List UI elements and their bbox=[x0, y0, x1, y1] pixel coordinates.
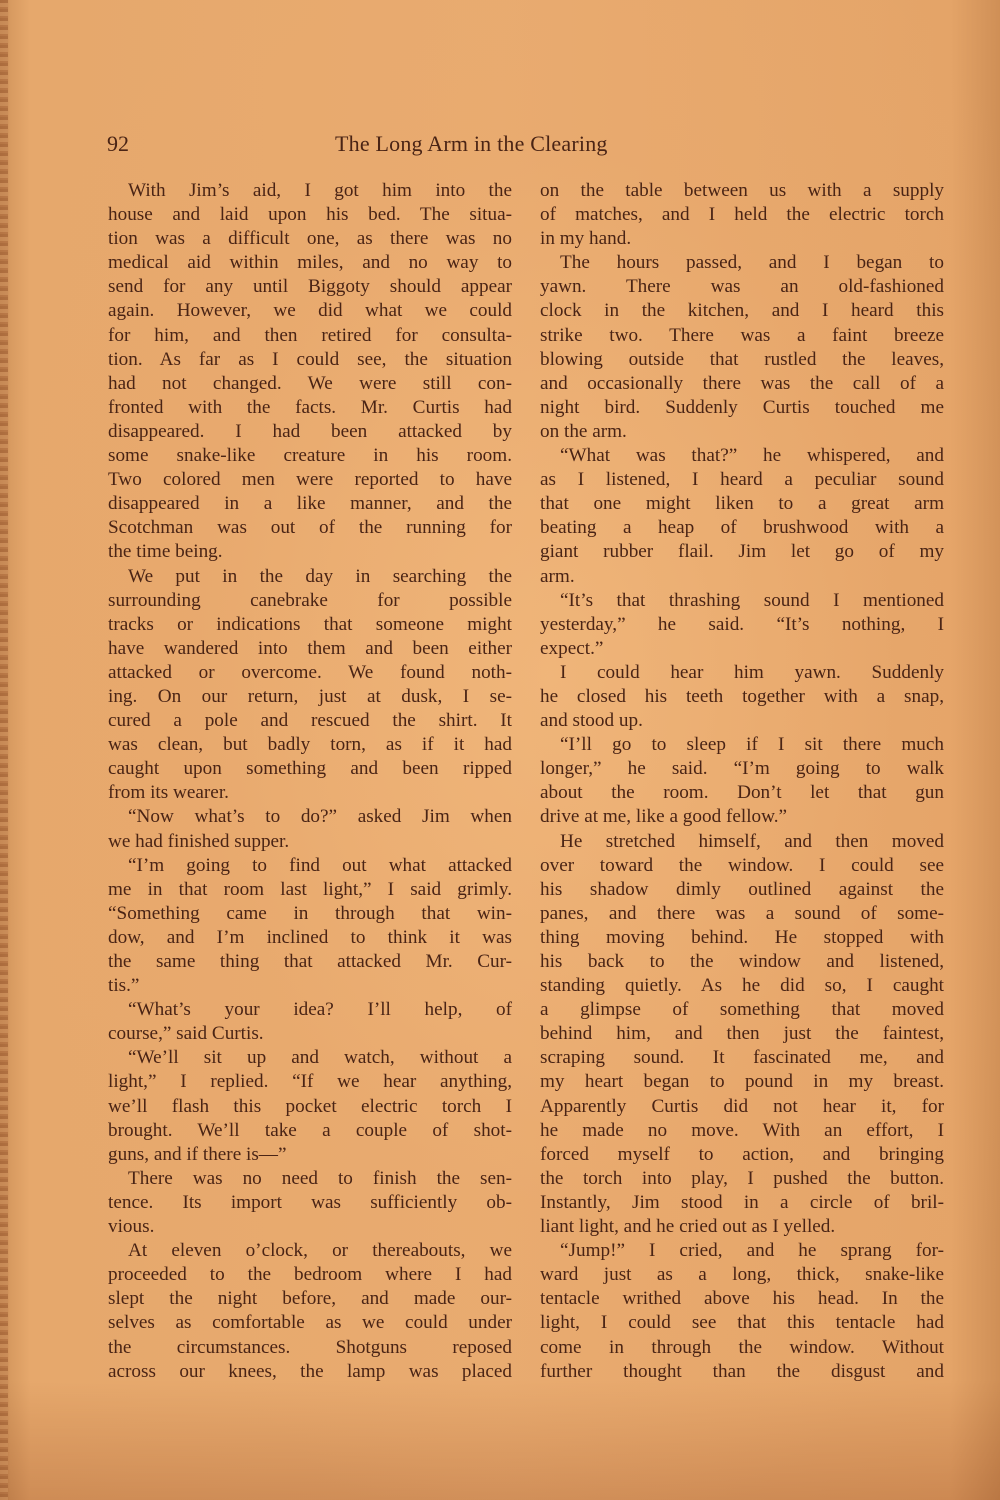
text-line: giant rubber flail. Jim let go of my bbox=[540, 540, 944, 564]
text-line: have wandered into them and been either bbox=[108, 637, 512, 661]
text-line: There was no need to finish the sen- bbox=[108, 1167, 512, 1191]
text-line: ing. On our return, just at dusk, I se- bbox=[108, 685, 512, 709]
text-line: a glimpse of something that moved bbox=[540, 998, 944, 1022]
text-line: arm. bbox=[540, 565, 944, 589]
text-line: tion. As far as I could see, the situati… bbox=[108, 348, 512, 372]
text-line: Apparently Curtis did not hear it, for bbox=[540, 1095, 944, 1119]
text-line: from its wearer. bbox=[108, 781, 512, 805]
text-line: slept the night before, and made our- bbox=[108, 1287, 512, 1311]
text-line: We put in the day in searching the bbox=[108, 565, 512, 589]
text-line: tracks or indications that someone might bbox=[108, 613, 512, 637]
text-line: he made no move. With an effort, I bbox=[540, 1119, 944, 1143]
text-line: house and laid upon his bed. The situa- bbox=[108, 203, 512, 227]
text-line: caught upon something and been ripped bbox=[108, 757, 512, 781]
text-line: behind him, and then just the faintest, bbox=[540, 1022, 944, 1046]
running-title: The Long Arm in the Clearing bbox=[335, 128, 608, 160]
text-line: “It’s that thrashing sound I mentioned bbox=[540, 589, 944, 613]
text-line: clock in the kitchen, and I heard this bbox=[540, 299, 944, 323]
text-line: liant light, and he cried out as I yelle… bbox=[540, 1215, 944, 1239]
text-line: expect.” bbox=[540, 637, 944, 661]
text-line: tion was a difficult one, as there was n… bbox=[108, 227, 512, 251]
text-line: my heart began to pound in my breast. bbox=[540, 1070, 944, 1094]
text-line: had not changed. We were still con- bbox=[108, 372, 512, 396]
text-line: attacked or overcome. We found noth- bbox=[108, 661, 512, 685]
text-line: again. However, we did what we could bbox=[108, 299, 512, 323]
text-line: drive at me, like a good fellow.” bbox=[540, 805, 944, 829]
text-line: vious. bbox=[108, 1215, 512, 1239]
text-line: we had finished supper. bbox=[108, 830, 512, 854]
text-line: the torch into play, I pushed the button… bbox=[540, 1167, 944, 1191]
text-line: about the room. Don’t let that gun bbox=[540, 781, 944, 805]
text-line: on the table between us with a supply bbox=[540, 179, 944, 203]
text-line: “What’s your idea? I’ll help, of bbox=[108, 998, 512, 1022]
text-line: strike two. There was a faint breeze bbox=[540, 324, 944, 348]
text-line: proceeded to the bedroom where I had bbox=[108, 1263, 512, 1287]
text-line: I could hear him yawn. Suddenly bbox=[540, 661, 944, 685]
text-line: come in through the window. Without bbox=[540, 1336, 944, 1360]
text-line: guns, and if there is—” bbox=[108, 1143, 512, 1167]
text-line: thing moving behind. He stopped with bbox=[540, 926, 944, 950]
text-line: that one might liken to a great arm bbox=[540, 492, 944, 516]
text-line: his shadow dimly outlined against the bbox=[540, 878, 944, 902]
text-line: as I listened, I heard a peculiar sound bbox=[540, 468, 944, 492]
text-line: Scotchman was out of the running for bbox=[108, 516, 512, 540]
text-line: tis.” bbox=[108, 974, 512, 998]
text-line: and stood up. bbox=[540, 709, 944, 733]
text-line: disappeared. I had been attacked by bbox=[108, 420, 512, 444]
text-line: was clean, but badly torn, as if it had bbox=[108, 733, 512, 757]
text-line: the same thing that attacked Mr. Cur- bbox=[108, 950, 512, 974]
text-line: scraping sound. It fascinated me, and bbox=[540, 1046, 944, 1070]
text-line: light, I could see that this tentacle ha… bbox=[540, 1311, 944, 1335]
text-line: “I’ll go to sleep if I sit there much bbox=[540, 733, 944, 757]
text-line: selves as comfortable as we could under bbox=[108, 1311, 512, 1335]
text-line: light,” I replied. “If we hear anything, bbox=[108, 1070, 512, 1094]
text-line: further thought than the disgust and bbox=[540, 1360, 944, 1384]
text-line: At eleven o’clock, or thereabouts, we bbox=[108, 1239, 512, 1263]
text-line: “We’ll sit up and watch, without a bbox=[108, 1046, 512, 1070]
text-line: longer,” he said. “I’m going to walk bbox=[540, 757, 944, 781]
text-line: dow, and I’m inclined to think it was bbox=[108, 926, 512, 950]
text-line: course,” said Curtis. bbox=[108, 1022, 512, 1046]
text-line: send for any until Biggoty should appear bbox=[108, 275, 512, 299]
text-line: tence. Its import was sufficiently ob- bbox=[108, 1191, 512, 1215]
text-line: of matches, and I held the electric torc… bbox=[540, 203, 944, 227]
text-line: across our knees, the lamp was placed bbox=[108, 1360, 512, 1384]
page-edge bbox=[0, 0, 8, 1500]
text-line: beating a heap of brushwood with a bbox=[540, 516, 944, 540]
text-line: “I’m going to find out what attacked bbox=[108, 854, 512, 878]
text-line: blowing outside that rustled the leaves, bbox=[540, 348, 944, 372]
text-line: for him, and then retired for consulta- bbox=[108, 324, 512, 348]
text-line: He stretched himself, and then moved bbox=[540, 830, 944, 854]
text-line: yesterday,” he said. “It’s nothing, I bbox=[540, 613, 944, 637]
text-line: night bird. Suddenly Curtis touched me bbox=[540, 396, 944, 420]
text-line: yawn. There was an old-fashioned bbox=[540, 275, 944, 299]
text-line: me in that room last light,” I said grim… bbox=[108, 878, 512, 902]
text-line: fronted with the facts. Mr. Curtis had bbox=[108, 396, 512, 420]
text-line: ward just as a long, thick, snake-like bbox=[540, 1263, 944, 1287]
text-line: panes, and there was a sound of some- bbox=[540, 902, 944, 926]
text-line: disappeared in a like manner, and the bbox=[108, 492, 512, 516]
text-line: “Something came in through that win- bbox=[108, 902, 512, 926]
text-line: standing quietly. As he did so, I caught bbox=[540, 974, 944, 998]
text-line: he closed his teeth together with a snap… bbox=[540, 685, 944, 709]
text-line: and occasionally there was the call of a bbox=[540, 372, 944, 396]
text-line: “What was that?” he whispered, and bbox=[540, 444, 944, 468]
text-line: the time being. bbox=[108, 540, 512, 564]
text-line: forced myself to action, and bringing bbox=[540, 1143, 944, 1167]
text-line: in my hand. bbox=[540, 227, 944, 251]
text-line: surrounding canebrake for possible bbox=[108, 589, 512, 613]
text-line: the circumstances. Shotguns reposed bbox=[108, 1336, 512, 1360]
text-line: medical aid within miles, and no way to bbox=[108, 251, 512, 275]
page-number: 92 bbox=[107, 128, 129, 160]
text-line: we’ll flash this pocket electric torch I bbox=[108, 1095, 512, 1119]
text-line: With Jim’s aid, I got him into the bbox=[108, 179, 512, 203]
text-line: cured a pole and rescued the shirt. It bbox=[108, 709, 512, 733]
page-header: 92 The Long Arm in the Clearing bbox=[107, 128, 719, 160]
text-line: The hours passed, and I began to bbox=[540, 251, 944, 275]
text-line: brought. We’ll take a couple of shot- bbox=[108, 1119, 512, 1143]
text-line: his back to the window and listened, bbox=[540, 950, 944, 974]
text-line: Two colored men were reported to have bbox=[108, 468, 512, 492]
text-line: over toward the window. I could see bbox=[540, 854, 944, 878]
text-line: tentacle writhed above his head. In the bbox=[540, 1287, 944, 1311]
text-line: on the arm. bbox=[540, 420, 944, 444]
text-line: “Jump!” I cried, and he sprang for- bbox=[540, 1239, 944, 1263]
text-column-right: on the table between us with a supplyof … bbox=[540, 179, 944, 1384]
text-column-left: With Jim’s aid, I got him into thehouse … bbox=[108, 179, 512, 1384]
text-line: some snake-like creature in his room. bbox=[108, 444, 512, 468]
text-line: “Now what’s to do?” asked Jim when bbox=[108, 805, 512, 829]
text-line: Instantly, Jim stood in a circle of bril… bbox=[540, 1191, 944, 1215]
